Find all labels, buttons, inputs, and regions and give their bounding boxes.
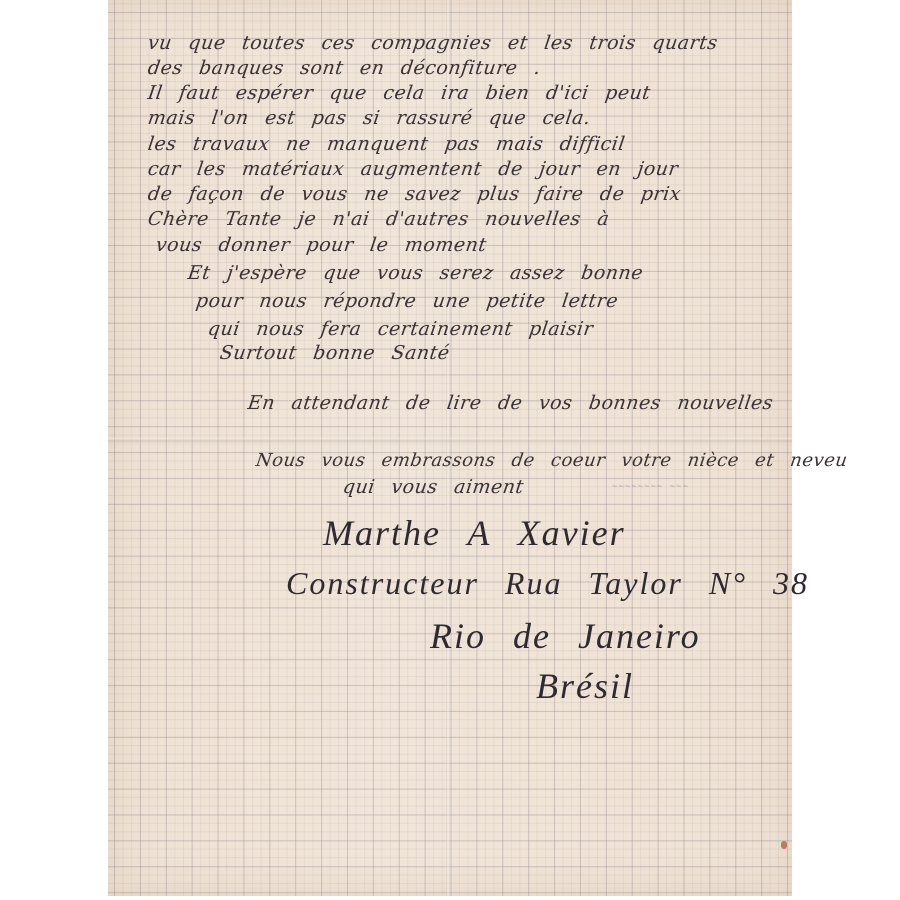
body-line: des banques sont en déconfiture . bbox=[146, 57, 542, 79]
signature-country: Brésil bbox=[536, 665, 634, 707]
letter-page: vu que toutes ces compagnies et les troi… bbox=[108, 0, 792, 896]
closing-line: Nous vous embrassons de coeur votre nièc… bbox=[255, 450, 849, 471]
body-line: Il faut espérer que cela ira bien d'ici … bbox=[146, 82, 652, 104]
body-line: vous donner pour le moment bbox=[154, 234, 488, 256]
signature-city: Rio de Janeiro bbox=[430, 615, 701, 657]
signature-address: Constructeur Rua Taylor N° 38 bbox=[286, 565, 809, 602]
body-line: qui nous fera certainement plaisir bbox=[206, 318, 594, 340]
body-line: Et j'espère que vous serez assez bonne bbox=[186, 262, 644, 284]
body-line: mais l'on est pas si rassuré que cela. bbox=[146, 107, 592, 129]
body-line: Chère Tante je n'ai d'autres nouvelles à bbox=[146, 208, 610, 230]
closing-line: En attendant de lire de vos bonnes nouve… bbox=[246, 392, 774, 414]
body-line: pour nous répondre une petite lettre bbox=[194, 290, 619, 312]
closing-line: qui vous aiment bbox=[341, 476, 525, 498]
body-line: les travaux ne manquent pas mais diffici… bbox=[146, 133, 626, 155]
body-line: Surtout bonne Santé bbox=[218, 342, 451, 364]
faint-stamp-mark: ~~~~~~~~ ~~~ bbox=[612, 482, 689, 492]
body-line: car les matériaux augmentent de jour en … bbox=[146, 158, 679, 180]
paper-stain bbox=[781, 841, 787, 849]
signature-name: Marthe A Xavier bbox=[323, 512, 626, 554]
body-line: de façon de vous ne savez plus faire de … bbox=[146, 183, 682, 205]
body-line: vu que toutes ces compagnies et les troi… bbox=[146, 32, 719, 54]
horizontal-fold-crease bbox=[108, 438, 792, 444]
